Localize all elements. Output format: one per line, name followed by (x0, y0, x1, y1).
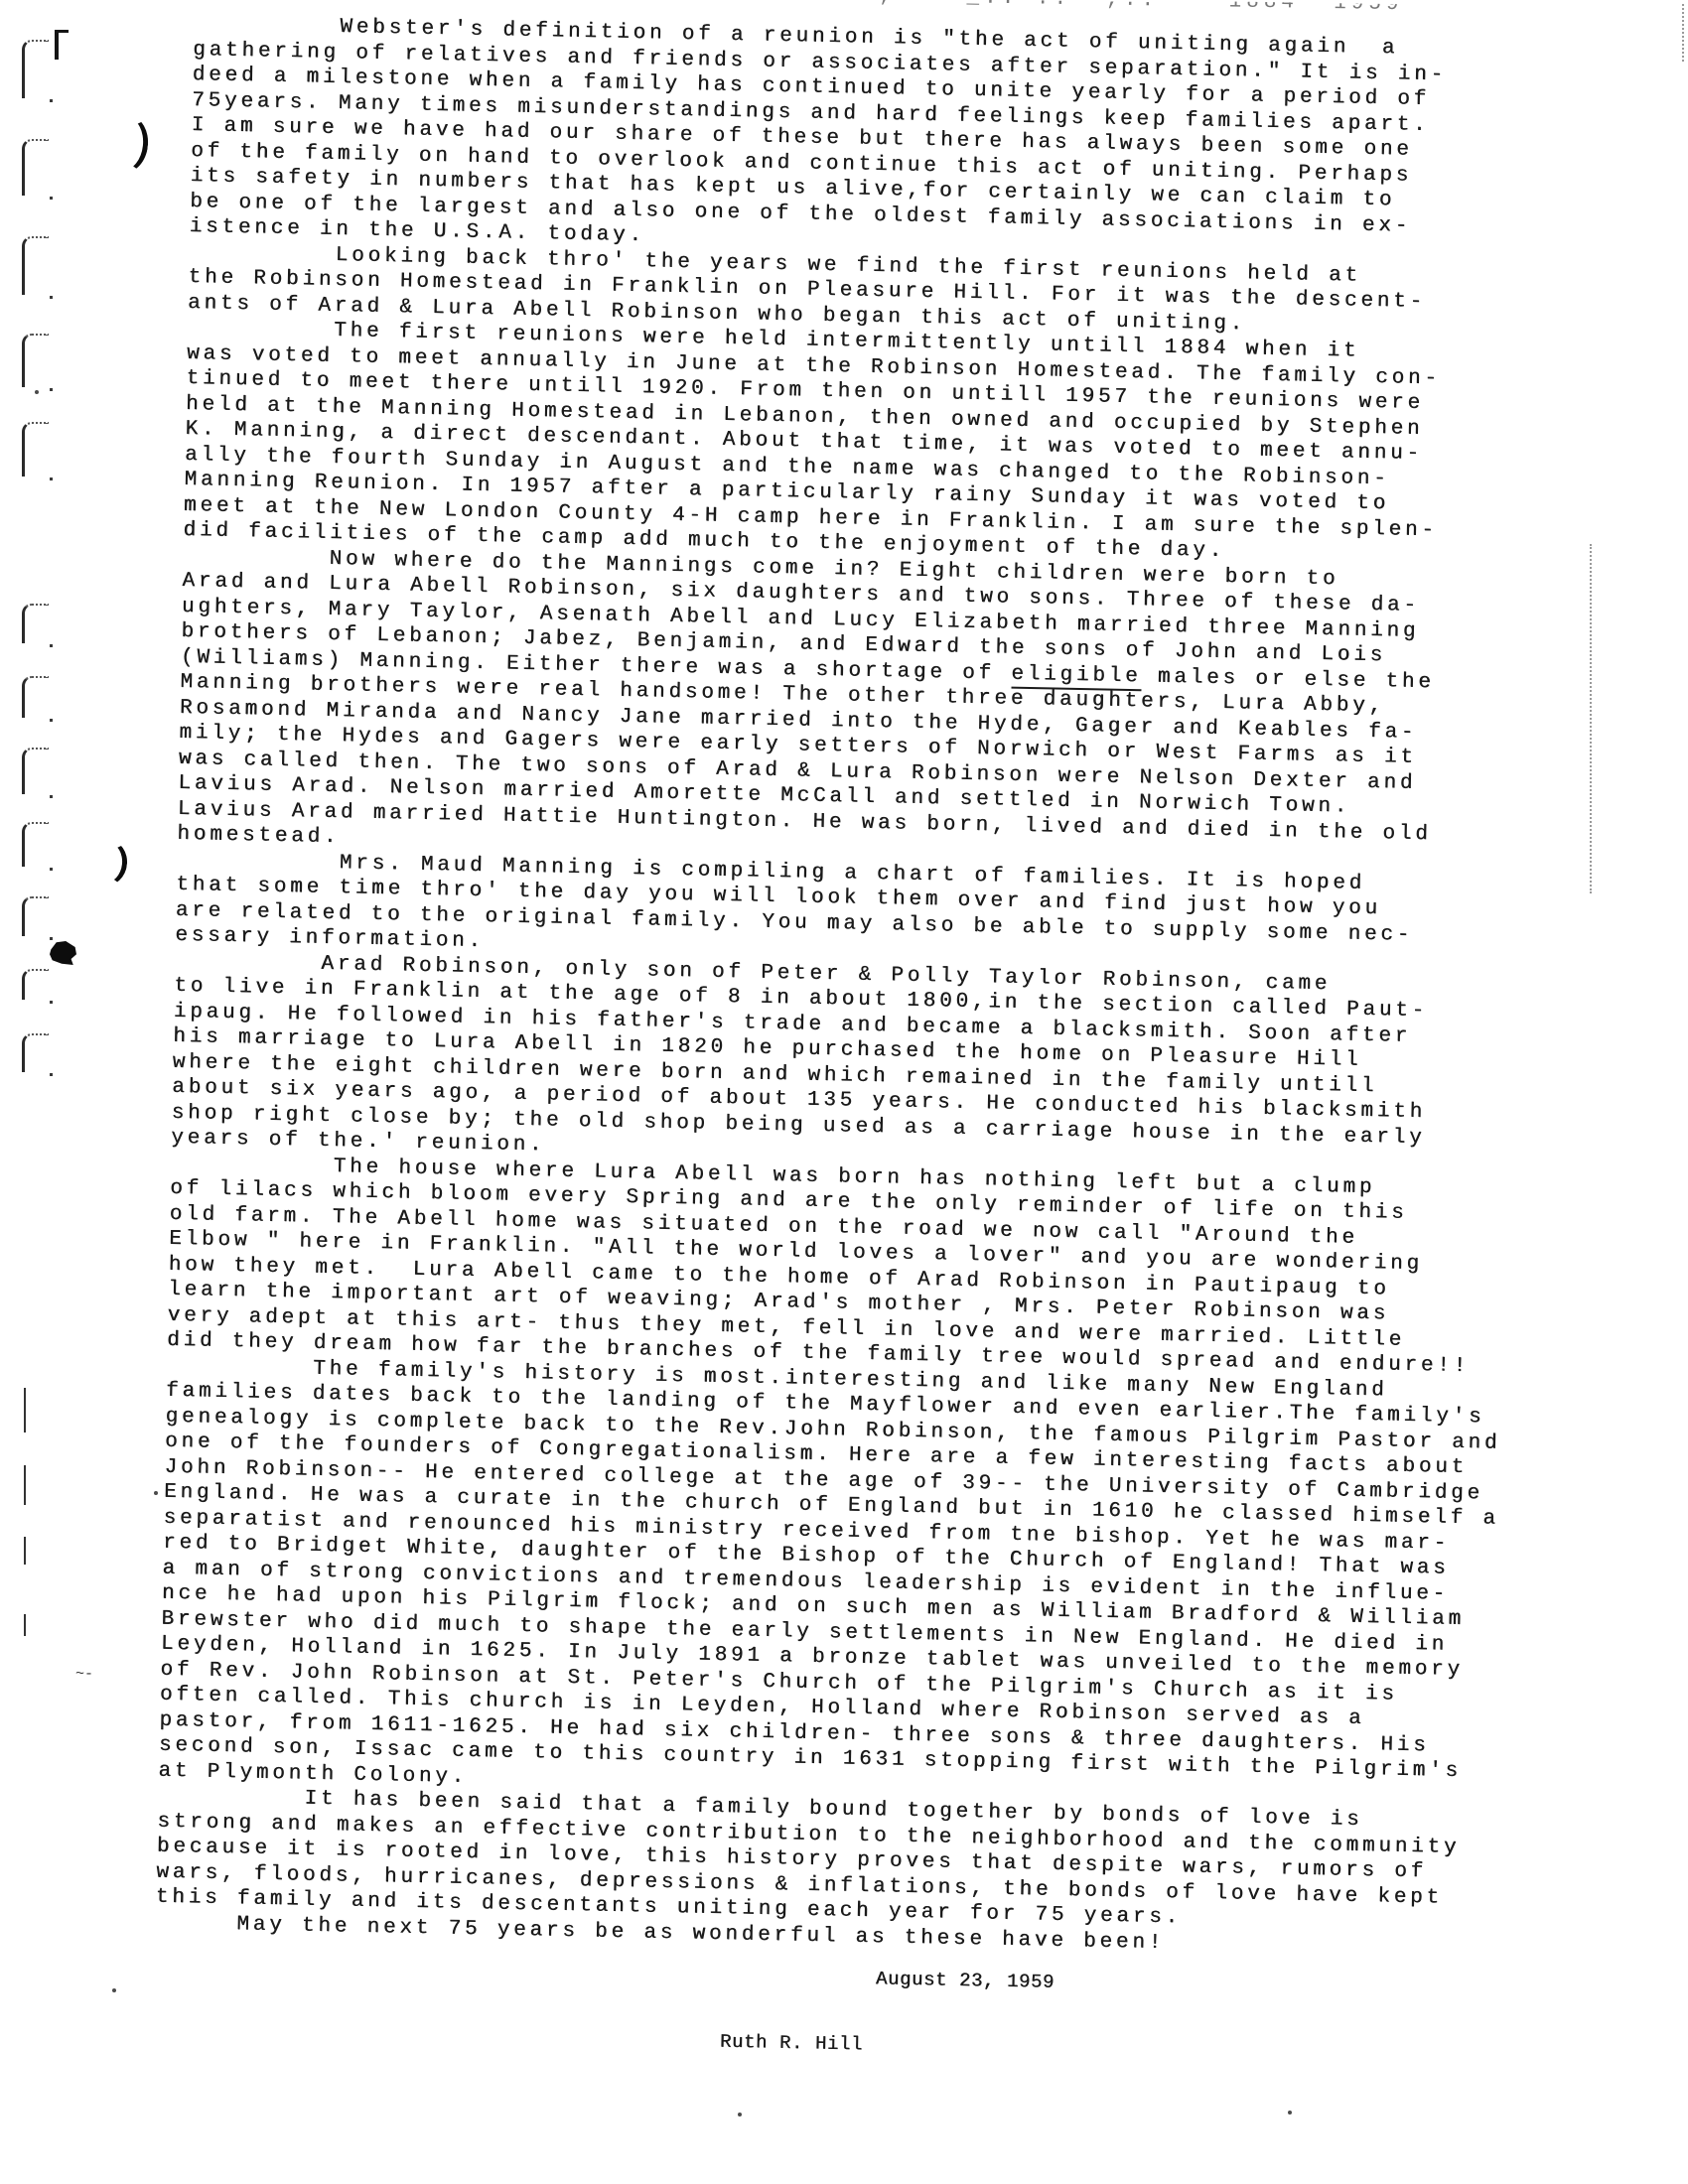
bracket-mark (22, 422, 49, 477)
speck-mark (154, 1491, 158, 1495)
arc-mark (85, 838, 130, 887)
paragraph: The family's history is most.interesting… (158, 1353, 1501, 1810)
vline-mark (24, 1465, 38, 1505)
paragraph: The house where Lura Abell was born has … (167, 1151, 1506, 1380)
vline-mark (24, 1388, 38, 1433)
speck-mark (738, 2113, 742, 2116)
bracket-mark (22, 1033, 49, 1072)
paragraph: Now where do the Mannings come in? Eight… (177, 543, 1518, 874)
bracket-mark (22, 40, 49, 98)
bracket-mark (22, 969, 49, 1000)
vline-mark (24, 1537, 38, 1565)
cutoff-header-fragment: - ~, _..-.. ,..~ 1884 1959 (809, 0, 1465, 22)
edge-line-mark (1682, 4, 1686, 62)
vline-mark (24, 1614, 38, 1636)
tick-mark (55, 30, 69, 60)
speck-mark (35, 390, 39, 394)
paragraph: It has been said that a family bound tog… (155, 1784, 1493, 1963)
underlined-word: eligible (1011, 662, 1142, 691)
bracket-mark (22, 604, 49, 643)
tilde-mark: ~- (75, 1666, 99, 1682)
blob-mark (50, 941, 76, 965)
arc-mark (101, 113, 151, 175)
speck-mark (1288, 2111, 1292, 2115)
edge-line-mark (1590, 544, 1594, 893)
bracket-mark (22, 236, 49, 295)
bracket-mark (22, 748, 49, 794)
cutoff-header-text: - ~, _..-.. ,..~ 1884 1959 (809, 0, 1465, 17)
date-line: August 23, 1959 (876, 1968, 1055, 1992)
bracket-mark (22, 896, 49, 936)
scanned-document-page: - ~, _..-.. ,..~ 1884 1959 Webster's def… (0, 0, 1688, 2184)
bracket-mark (22, 822, 49, 867)
typed-body: Webster's definition of a reunion is "th… (155, 12, 1529, 1963)
bracket-mark (22, 334, 49, 387)
speck-mark (112, 1988, 116, 1992)
paragraph: Webster's definition of a reunion is "th… (189, 12, 1528, 266)
paragraph: The first reunions were held intermitten… (183, 316, 1522, 570)
paragraph: Arad Robinson, only son of Peter & Polly… (171, 948, 1510, 1177)
bracket-mark (22, 139, 49, 196)
signature: Ruth R. Hill (720, 2031, 863, 2056)
bracket-mark (22, 676, 49, 718)
